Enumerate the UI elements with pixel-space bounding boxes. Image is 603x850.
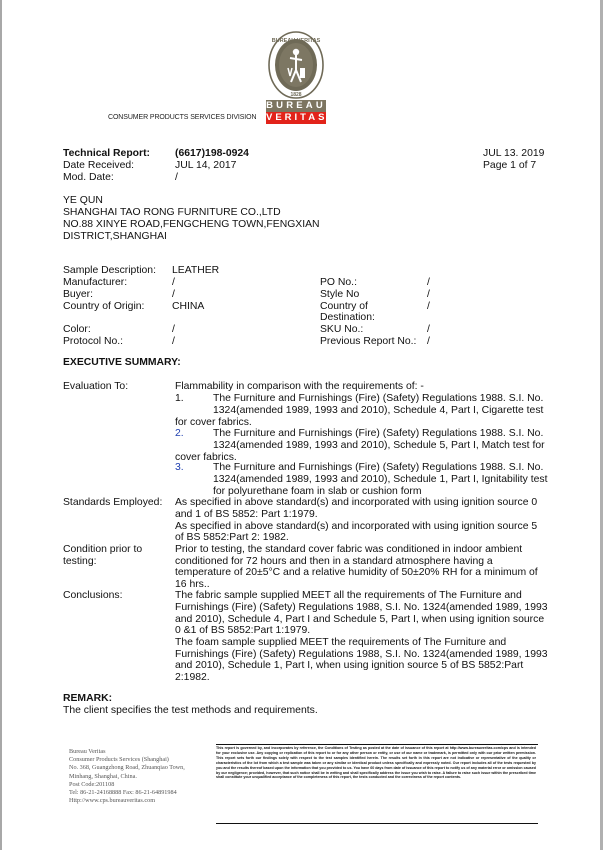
sample-value: / bbox=[427, 289, 430, 301]
sample-value: / bbox=[172, 289, 175, 301]
list-number: 1. bbox=[175, 393, 184, 405]
list-item-line: The Furniture and Furnishings (Fire) (Sa… bbox=[213, 462, 543, 474]
standards-line: and 1 of BS 5852: Part 1:1979. bbox=[175, 509, 595, 521]
conclusion-line: Furnishings (Fire) (Safety) Regulations … bbox=[175, 602, 595, 614]
sample-label: Previous Report No.: bbox=[320, 336, 416, 348]
date-received-label: Date Received: bbox=[63, 160, 134, 172]
sample-label: Buyer: bbox=[63, 289, 93, 301]
disclaimer-bottom-rule bbox=[216, 823, 538, 824]
footer-address-line: Tel: 86-21-24168888 Fax: 86-21-64891984 bbox=[69, 789, 185, 797]
condition-line: Prior to testing, the standard cover fab… bbox=[175, 544, 595, 556]
footer-address-line: Minhang, Shanghai, China. bbox=[69, 773, 185, 781]
footer-address-line: No. 368, Guangzhong Road, Zhuanqiao Town… bbox=[69, 764, 185, 772]
evaluation-intro: Flammability in comparison with the requ… bbox=[175, 381, 595, 393]
evaluation-label: Evaluation To: bbox=[63, 381, 128, 393]
sample-label: PO No.: bbox=[320, 277, 357, 289]
footer-address-line: Post Code:201108 bbox=[69, 781, 185, 789]
svg-text:BUREAU VERITAS: BUREAU VERITAS bbox=[272, 38, 321, 44]
sample-label: Protocol No.: bbox=[63, 336, 123, 348]
report-number-label: Technical Report: bbox=[63, 148, 150, 160]
logo-bureau-band: BUREAU bbox=[266, 100, 326, 112]
sample-label: Country of Origin: bbox=[63, 301, 144, 313]
footer-website-link[interactable]: Http://www.cps.bureauveritas.com bbox=[69, 797, 185, 805]
logo-veritas-band: VERITAS bbox=[266, 112, 326, 124]
condition-line: temperature of 20±5°C and a relative hum… bbox=[175, 567, 595, 579]
sample-value: / bbox=[427, 277, 430, 289]
standards-line: As specified in above standard(s) and in… bbox=[175, 497, 595, 509]
sample-value: / bbox=[172, 277, 175, 289]
report-date: JUL 13. 2019 bbox=[483, 148, 544, 160]
sample-label: Destination: bbox=[320, 312, 375, 324]
standards-label: Standards Employed: bbox=[63, 497, 162, 509]
sample-value: / bbox=[172, 324, 175, 336]
sample-value: LEATHER bbox=[172, 265, 219, 277]
standards-line: of BS 5852:Part 2: 1982. bbox=[175, 532, 595, 544]
remark-heading: REMARK: bbox=[63, 693, 112, 705]
sample-label: SKU No.: bbox=[320, 324, 363, 336]
sample-label: Manufacturer: bbox=[63, 277, 127, 289]
conclusion-line: 0 &1 of BS 5852:Part 1:1979. bbox=[175, 625, 595, 637]
list-item-line: The Furniture and Furnishings (Fire) (Sa… bbox=[213, 393, 543, 405]
report-number-value: (6617)198-0924 bbox=[175, 148, 249, 160]
sample-label: Sample Description: bbox=[63, 265, 156, 277]
executive-summary-heading: EXECUTIVE SUMMARY: bbox=[63, 357, 181, 369]
bureau-veritas-emblem-icon: BUREAU VERITAS 1828 bbox=[266, 30, 326, 100]
list-item-line: The Furniture and Furnishings (Fire) (Sa… bbox=[213, 428, 543, 440]
disclaimer-top-rule bbox=[216, 744, 538, 745]
footer-address: Bureau Veritas Consumer Products Service… bbox=[69, 748, 185, 805]
mod-date-value: / bbox=[175, 172, 178, 184]
page-border-left bbox=[0, 0, 2, 850]
list-item-line: 1324(amended 1989, 1993 and 2010), Sched… bbox=[213, 440, 545, 452]
conclusion-line: 2:1982. bbox=[175, 672, 595, 684]
sample-value: / bbox=[427, 336, 430, 348]
page-indicator: Page 1 of 7 bbox=[483, 160, 536, 172]
legal-disclaimer: This report is governed by, and incorpor… bbox=[216, 746, 536, 780]
sample-value: / bbox=[427, 324, 430, 336]
svg-text:1828: 1828 bbox=[290, 92, 301, 98]
mod-date-label: Mod. Date: bbox=[63, 172, 114, 184]
sample-label: Style No bbox=[320, 289, 359, 301]
division-name: CONSUMER PRODUCTS SERVICES DIVISION bbox=[108, 114, 256, 121]
list-number: 2. bbox=[175, 428, 184, 440]
client-address-line2: DISTRICT,SHANGHAI bbox=[63, 231, 167, 243]
conclusion-line: The foam sample supplied MEET the requir… bbox=[175, 637, 595, 649]
condition-label: Condition prior to bbox=[63, 544, 142, 556]
sample-value: CHINA bbox=[172, 301, 204, 313]
sample-label: Color: bbox=[63, 324, 91, 336]
client-address-line1: NO.88 XINYE ROAD,FENGCHENG TOWN,FENGXIAN bbox=[63, 219, 320, 231]
condition-label: testing: bbox=[63, 556, 97, 568]
footer-address-line: Consumer Products Services (Shanghai) bbox=[69, 756, 185, 764]
footer-address-line: Bureau Veritas bbox=[69, 748, 185, 756]
remark-text: The client specifies the test methods an… bbox=[63, 705, 318, 717]
date-received-value: JUL 14, 2017 bbox=[175, 160, 236, 172]
client-company: SHANGHAI TAO RONG FURNITURE CO.,LTD bbox=[63, 207, 281, 219]
sample-value: / bbox=[427, 301, 430, 313]
conclusions-label: Conclusions: bbox=[63, 590, 123, 602]
list-item-line: 1324(amended 1989, 1993 and 2010), Sched… bbox=[213, 405, 543, 417]
sample-value: / bbox=[172, 336, 175, 348]
list-item-line: 1324(amended 1989, 1993 and 2010), Sched… bbox=[213, 474, 547, 486]
client-name: YE QUN bbox=[63, 195, 103, 207]
list-number: 3. bbox=[175, 462, 184, 474]
conclusion-line: The fabric sample supplied MEET all the … bbox=[175, 590, 595, 602]
conclusion-line: and 2010), Schedule 1, Part I, when usin… bbox=[175, 660, 595, 672]
